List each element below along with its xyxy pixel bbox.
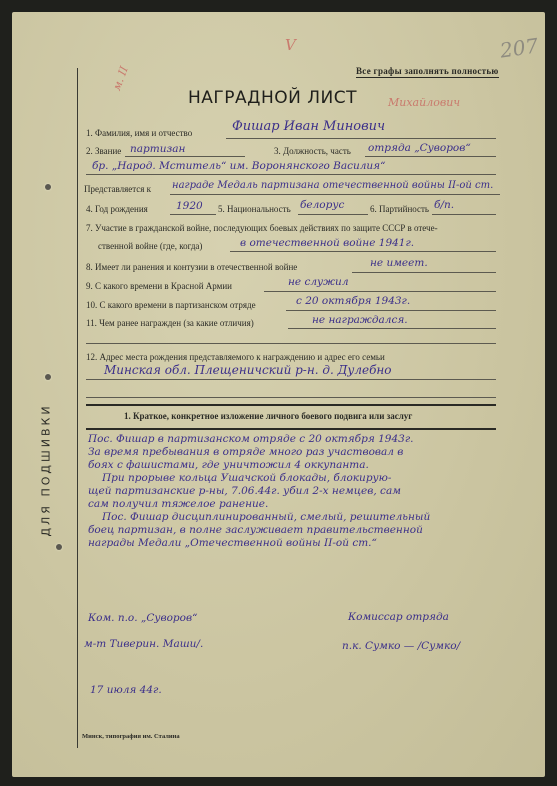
narrative-line: сам получил тяжелое ранение. — [88, 498, 508, 511]
field-8-label: 8. Имеет ли ранения и контузии в отечест… — [86, 262, 507, 272]
narrative-line: боях с фашистами, где уничтожил 4 оккупа… — [88, 459, 508, 472]
field-line — [170, 194, 500, 195]
signature-right-title: Комиссар отряда — [348, 611, 449, 623]
field-6-value: б/п. — [434, 199, 454, 211]
field-3-value: отряда „Суворов“ — [368, 142, 471, 154]
narrative-line: За время пребывания в отряде много раз у… — [88, 446, 508, 459]
field-line — [230, 251, 496, 252]
red-check-mark: V — [285, 36, 296, 54]
field-4-value: 1920 — [176, 200, 203, 212]
field-1-value: Фишар Иван Минович — [232, 119, 385, 134]
field-line — [264, 291, 496, 292]
field-line — [170, 214, 216, 215]
field-line — [125, 156, 245, 157]
presented-value: награде Медаль партизана отечественной в… — [172, 180, 493, 191]
field-5-value: белорус — [300, 199, 344, 211]
field-2-value: партизан — [130, 143, 185, 155]
narrative-line: Пос. Фишар дисциплинированный, смелый, р… — [88, 511, 508, 524]
field-line — [86, 174, 496, 175]
field-8-value: не имеет. — [370, 257, 428, 269]
field-7-value: в отечественной войне 1941г. — [240, 237, 414, 249]
narrative-line: награды Медали „Отечественной войны II-о… — [88, 537, 508, 550]
punch-hole — [56, 544, 62, 550]
field-line — [352, 272, 496, 273]
field-3-value-cont: бр. „Народ. Мститель“ им. Воронянского В… — [92, 160, 386, 172]
field-line — [365, 156, 496, 157]
punch-hole — [45, 184, 51, 190]
narrative-block: Пос. Фишар в партизанском отряде с 20 ок… — [88, 433, 508, 550]
section-rule — [86, 428, 496, 430]
printer-imprint: Минск, типография им. Сталина — [82, 733, 180, 740]
document-title: НАГРАДНОЙ ЛИСТ — [188, 88, 357, 108]
signature-right-name: п.к. Сумко — /Сумко/ — [342, 640, 460, 652]
binding-label: ДЛЯ ПОДШИВКИ — [40, 403, 53, 536]
narrative-line: боец партизан, в полне заслуживает прави… — [88, 524, 508, 537]
signature-left-name: м-т Тиверин. Маши/. — [84, 638, 203, 650]
narrative-line: Пос. Фишар в партизанском отряде с 20 ок… — [88, 433, 508, 446]
field-line — [86, 397, 496, 398]
punch-hole — [45, 374, 51, 380]
field-10-value: с 20 октября 1943г. — [296, 295, 410, 307]
narrative-line: щей партизанские р-ны, 7.06.44г. убил 2-… — [88, 485, 508, 498]
binding-margin-line — [77, 68, 78, 748]
signature-date: 17 июля 44г. — [90, 684, 162, 696]
field-12-label: 12. Адрес места рождения представляемого… — [86, 352, 507, 362]
field-line — [226, 138, 496, 139]
narrative-line: При прорыве кольца Ушачской блокады, бло… — [88, 472, 508, 485]
field-11-label: 11. Чем ранее награжден (за какие отличи… — [86, 318, 507, 328]
field-12-value: Минская обл. Плещеничский р-н. д. Дулебн… — [104, 363, 392, 377]
field-line — [86, 379, 496, 380]
field-9-value: не служил — [288, 276, 349, 288]
field-line — [288, 328, 496, 329]
section-rule — [86, 404, 496, 406]
field-line — [432, 214, 496, 215]
section-1-heading: 1. Краткое, конкретное изложение личного… — [124, 411, 412, 421]
field-11-value: не награждался. — [312, 314, 408, 326]
field-line — [298, 214, 368, 215]
red-title-annotation: Михайлович — [388, 96, 460, 109]
instruction-note: Все графы заполнять полностью — [356, 66, 499, 78]
field-7-label: 7. Участие в гражданской войне, последую… — [86, 223, 507, 233]
field-line — [286, 310, 496, 311]
signature-left-title: Ком. п.о. „Суворов“ — [88, 612, 197, 624]
field-line — [86, 343, 496, 344]
